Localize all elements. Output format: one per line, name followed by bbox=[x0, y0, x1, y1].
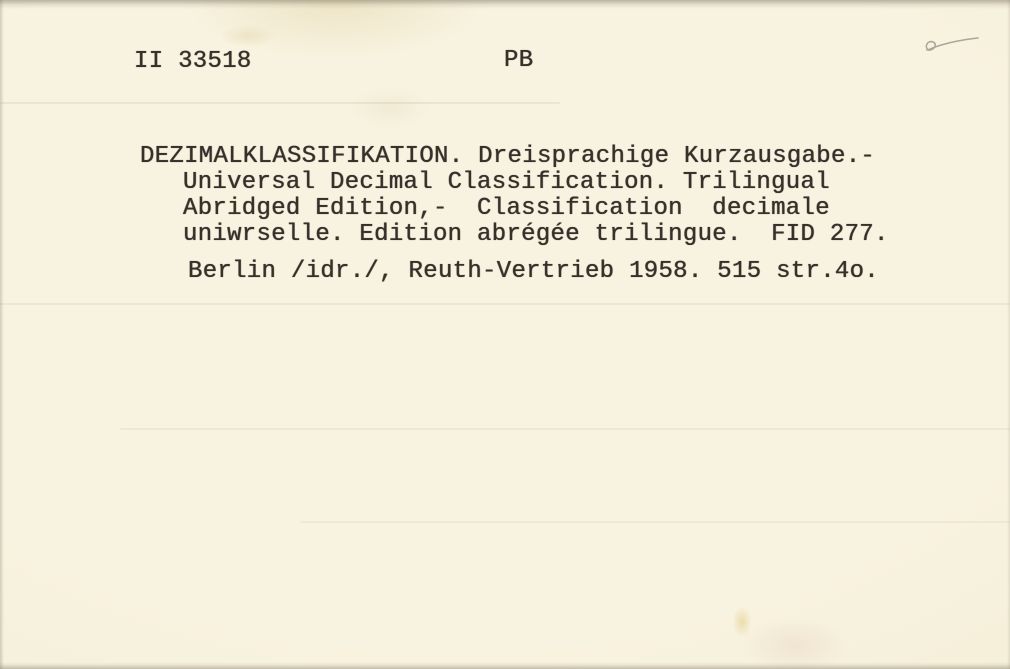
paper-crease bbox=[0, 102, 560, 104]
title-line-2: Universal Decimal Classification. Trilin… bbox=[183, 170, 889, 196]
title-line-3: Abridged Edition,- Classification decima… bbox=[183, 196, 889, 222]
card-left-edge bbox=[0, 0, 4, 669]
pencil-mark-icon bbox=[916, 34, 984, 58]
call-number: II 33518 bbox=[134, 48, 252, 75]
paper-crease bbox=[0, 303, 1010, 305]
paper-crease bbox=[300, 521, 1010, 523]
card-bottom-edge bbox=[0, 662, 1010, 669]
catalog-card: II 33518 PB DEZIMALKLASSIFIKATION. Dreis… bbox=[0, 0, 1010, 669]
imprint-line: Berlin /idr./, Reuth-Vertrieb 1958. 515 … bbox=[188, 258, 879, 285]
paper-crease bbox=[120, 428, 1010, 430]
title-line-4: uniwrselle. Edition abrégée trilingue. F… bbox=[183, 222, 889, 248]
title-line-1: DEZIMALKLASSIFIKATION. Dreisprachige Kur… bbox=[140, 144, 889, 170]
title-paragraph: DEZIMALKLASSIFIKATION. Dreisprachige Kur… bbox=[140, 144, 889, 248]
heading-code: PB bbox=[504, 47, 533, 74]
card-top-edge bbox=[0, 0, 1010, 9]
